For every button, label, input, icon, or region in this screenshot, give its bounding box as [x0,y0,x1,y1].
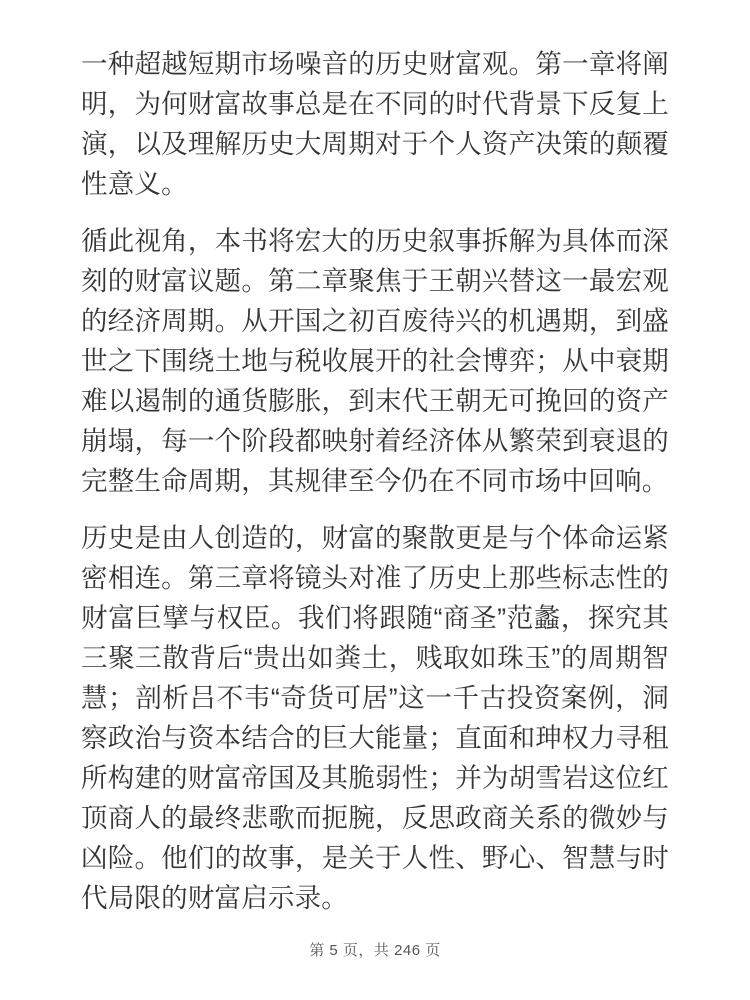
paragraph-3: 历史是由人创造的，财富的聚散更是与个体命运紧密相连。第三章将镜头对准了历史上那些… [81,518,669,918]
paragraph-1: 一种超越短期市场噪音的历史财富观。第一章将阐明，为何财富故事总是在不同的时代背景… [81,44,669,204]
ebook-page: 一种超越短期市场噪音的历史财富观。第一章将阐明，为何财富故事总是在不同的时代背景… [0,0,750,1000]
page-number-indicator: 第 5 页，共 246 页 [0,941,750,961]
paragraph-2: 循此视角，本书将宏大的历史叙事拆解为具体而深刻的财富议题。第二章聚焦于王朝兴替这… [81,221,669,501]
page-content: 一种超越短期市场噪音的历史财富观。第一章将阐明，为何财富故事总是在不同的时代背景… [81,44,669,935]
